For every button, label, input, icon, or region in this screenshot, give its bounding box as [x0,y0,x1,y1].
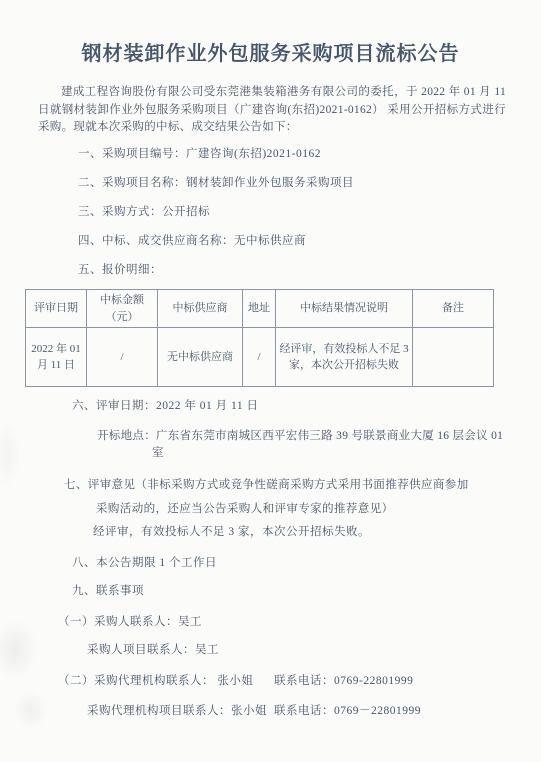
col-header-review-date: 评审日期 [26,290,87,328]
col-header-result-description: 中标结果情况说明 [276,290,413,328]
scan-artifact [0,420,20,490]
review-conclusion: 经评审，有效投标人不足 3 家，本次公开招标失败。 [93,525,370,539]
cell-winning-amount: / [87,328,158,387]
table-row: 2022 年 01 月 11 日 / 无中标供应商 / 经评审，有效投标人不足 … [26,328,494,387]
contact-agency-project: 采购代理机构项目联系人：张小姐 联系电话：0769－22801999 [87,704,517,718]
cell-winning-supplier: 无中标供应商 [158,328,243,387]
contact-purchaser-project: 采购人项目联系人：吴工 [87,643,517,657]
quotation-table-body: 2022 年 01 月 11 日 / 无中标供应商 / 经评审，有效投标人不足 … [26,328,494,387]
contact-label: 采购人项目联系人：吴工 [87,644,219,656]
document-title: 钢材装卸作业外包服务采购项目流标公告 [0,41,541,68]
section-notice-period: 八、本公告期限 1 个工作日 [72,556,217,570]
quotation-table: 评审日期 中标金额 （元） 中标供应商 地址 中标结果情况说明 备注 2022 … [25,289,494,387]
cell-result-description: 经评审，有效投标人不足 3 家，本次公开招标失败 [276,328,413,387]
table-header-row: 评审日期 中标金额 （元） 中标供应商 地址 中标结果情况说明 备注 [26,290,494,328]
contact-label: （二）采购代理机构联系人： 张小姐 [58,675,253,687]
cell-review-date: 2022 年 01 月 11 日 [26,328,87,387]
cell-remarks [413,328,494,387]
contact-purchaser: （一）采购人联系人：吴工 [58,615,518,629]
announcement-document: 钢材装卸作业外包服务采购项目流标公告 建成工程咨询股份有限公司受东莞港集装箱港务… [0,0,541,762]
col-header-winning-amount: 中标金额 （元） [87,290,158,328]
contact-agency: （二）采购代理机构联系人： 张小姐 联系电话：0769-22801999 [58,674,518,688]
section-review-date: 六、评审日期：2022 年 01 月 11 日 [72,399,258,413]
contact-label: （一）采购人联系人：吴工 [58,616,202,628]
intro-paragraph: 建成工程咨询股份有限公司受东莞港集装箱港务有限公司的委托，于 2022 年 01… [38,84,506,137]
quotation-table-header: 评审日期 中标金额 （元） 中标供应商 地址 中标结果情况说明 备注 [26,290,494,328]
col-header-winning-supplier: 中标供应商 [158,290,243,328]
contact-phone: 联系电话：0769-22801999 [274,674,413,688]
section-project-name: 二、采购项目名称：钢材装卸作业外包服务采购项目 [78,176,354,190]
bid-opening-location: 开标地点：广东省东莞市南城区西平宏伟三路 39 号联景商业大厦 16 层会议 0… [97,428,508,462]
section-winning-supplier: 四、中标、成交供应商名称：无中标供应商 [78,234,306,248]
section-contact-matters: 九、联系事项 [72,584,144,598]
col-header-address: 地址 [243,290,276,328]
section-quotation-details: 五、报价明细： [78,263,162,277]
col-header-remarks: 备注 [413,290,494,328]
cell-address: / [243,328,276,387]
section-review-opinion: 七、评审意见（非标采购方式或竞争性磋商采购方式采用书面推荐供应商参加采购活动的，… [64,473,471,521]
scan-artifact [0,620,38,680]
section-procurement-method: 三、采购方式：公开招标 [78,205,210,219]
scan-artifact [14,690,48,730]
contact-label: 采购代理机构项目联系人：张小姐 [87,705,267,717]
section-project-number: 一、采购项目编号：广建咨询(东招)2021-0162 [78,147,321,161]
contact-phone: 联系电话：0769－22801999 [274,704,421,718]
